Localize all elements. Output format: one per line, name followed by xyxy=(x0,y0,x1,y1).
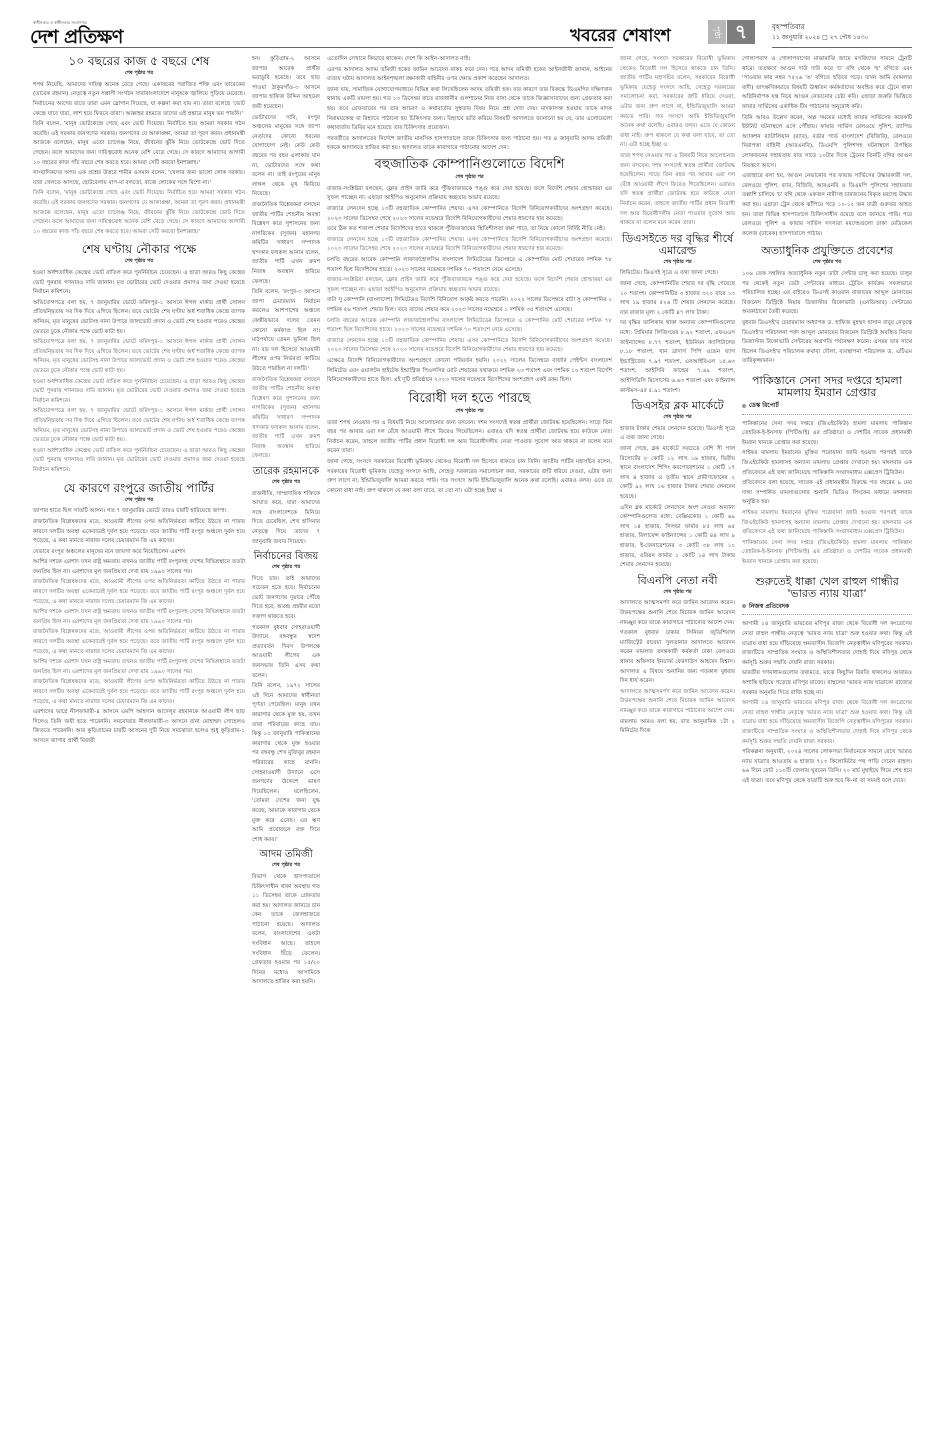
headline: অত্যাধুনিক প্রযুক্তিতে প্রবেশের xyxy=(742,245,912,257)
paragraph: সাইফর মামলায় ইমরানের মুক্তির পরোয়ানা জ… xyxy=(742,509,912,538)
paragraph: জানা গেছে, সংসদে সরকারের বিরোধী ভূমিকায়… xyxy=(620,55,735,151)
headline: ডিএসইর ব্লক মার্কেটে xyxy=(620,400,735,412)
paragraph: এদিন ব্লক মার্কেটে লেনদেনে অংশ নেওয়া অন… xyxy=(620,504,735,571)
paragraph: হাজার টাকার শেয়ার লেনদেন হয়েছে। ডিএসই … xyxy=(620,425,735,444)
paragraph: বাজারে লেনদেন হচ্ছে ১৩টি বহুজাতিক কোম্পা… xyxy=(327,337,612,356)
divider xyxy=(742,614,912,615)
column-4: জানা গেছে, সংসদে সরকারের বিরোধী ভূমিকায়… xyxy=(620,55,735,1385)
paragraph: অভিযোগপত্রে বলা হয়, ৭ জানুয়ারির ভোটে ফ… xyxy=(33,299,245,337)
paragraph: রাজনৈতিক বিশ্লেষকদের মতে, আওয়ামী লীগের … xyxy=(33,628,245,657)
paragraph: দর বৃদ্ধির তালিকায় থাকা অন্যান্য কোম্পা… xyxy=(620,319,735,396)
article-ten-year-work: ১০ বছরের কাজ ৫ বছরে শেষ শেষ পৃষ্ঠার পর শ… xyxy=(33,55,245,237)
page-tag: পৃষ্ঠা xyxy=(708,20,726,44)
paragraph: রাজনৈতিক বিশ্লেষকদের মতে, আওয়ামী লীগের … xyxy=(33,678,245,707)
paragraph: রাজনৈতিক বিশ্লেষকরা বলছেন জাতীয় পার্টির… xyxy=(252,201,320,287)
column-3: এতোদিন সেখানে কিভাবে থাকেন। দেশে কি আইন-… xyxy=(327,55,612,1385)
headline: তারেক রহমানকে xyxy=(252,466,320,477)
paragraph: এরশাদের ভাগ্নে নীলফামারী-৪ আসনে এমপি আহস… xyxy=(33,708,245,746)
headline: আদম তমিজী xyxy=(252,849,320,860)
paragraph: পাকিস্তানের সেনা সদর দপ্তরে (জিএইচকিউ) হ… xyxy=(742,420,912,449)
paragraph: ১০৬ তেক সম্বলিত অত্যাধুনিক নতুন ডাটা সেন… xyxy=(742,270,912,318)
paragraph: দিতে চায়। তাই আমাদের সচেতন হতে হবে। নির… xyxy=(252,575,320,623)
headline: বিএনপি নেতা নবী xyxy=(620,575,735,587)
issue-date: ১১ জানুয়ারি ২০২৪ □ ২৭ পৌষ ১৪৩০ xyxy=(772,32,868,43)
column-5: গোলাপবাগ ও গোলাপবাগের মাঝামাঝি জামে মসজি… xyxy=(742,55,912,1385)
paragraph: তবে ঠিক কত শতাংশ শেয়ার বিদেশিদের হাতে থ… xyxy=(327,225,612,235)
continued-label: শেষ পৃষ্ঠার পর xyxy=(620,413,735,423)
paragraph: পরিকল্পনা অনুযায়ী, ২০২৪ সালের লোকসভা নি… xyxy=(742,748,912,786)
paragraph: এজাহারে বলা হয়, আগুন নেভানোর পর ফায়ার … xyxy=(742,172,912,239)
article-bnp-leader-nabi: বিএনপি নেতা নবী শেষ পৃষ্ঠার পর আদালতে আত… xyxy=(620,575,735,737)
paragraph: শপথ নিয়েছি, আমাদের দায়িত্ব অনেক বেড়ে … xyxy=(33,81,245,119)
masthead-rule xyxy=(33,47,613,48)
headline: যে কারণে রংপুরে জাতীয় পার্টির xyxy=(33,482,245,495)
paragraph: আদালতে আত্মসমর্পণ করে জামিন আবেদন করেন। … xyxy=(620,599,735,628)
article-opposition-party: বিরোধী দল হতে পারছে শেষ পৃষ্ঠার পর তারা … xyxy=(327,392,612,497)
paragraph: যেভাবে রংপুর অঞ্চলের মানুষের মনে জায়গা … xyxy=(33,548,245,558)
article-multinational-foreign: বহুজাতিক কোম্পানিগুলোতে বিদেশি শেষ পৃষ্ঠ… xyxy=(327,158,612,386)
paragraph: ভোটারদের দাবি, রংপুর অঞ্চলের মানুষের সঙ্… xyxy=(252,114,320,200)
headline: নির্বাচনের বিজয় xyxy=(252,551,320,562)
continued-label: শেষ পৃষ্ঠার পর xyxy=(33,496,245,506)
article-election-victory: নির্বাচনের বিজয় শেষ পৃষ্ঠার পর দিতে চায… xyxy=(252,551,320,845)
paragraph: পরবর্তীতে আদালতের নির্দেশে জাতীয় মানসিক… xyxy=(327,135,612,154)
paragraph: চলতি বছরের আরেক কোম্পানি লাফার্জহোলসিম ব… xyxy=(327,317,612,336)
paragraph: বাজারে লেনদেন হচ্ছে ১৩টি বহুজাতিক কোম্পা… xyxy=(327,236,612,255)
headline: বিরোধী দল হতে পারছে xyxy=(327,392,612,406)
paragraph: জানা গেছে, সংসদে সরকারের বিরোধী ভূমিকায়… xyxy=(327,458,612,496)
paragraph: এতোদিন সেখানে কিভাবে থাকেন। দেশে কি আইন-… xyxy=(327,55,612,65)
article-last-hour-boat: শেষ ঘণ্টায় নৌকার পক্ষে শেষ পৃষ্ঠার পর হ… xyxy=(33,243,245,475)
paragraph: বিভাগ থেকে হাসপাতালে চিকিৎসাধীন থাকা অবস… xyxy=(252,873,320,988)
paragraph: তারা শপথ নেওয়ার পর এ বিষয়টি নিয়ে আলোচ… xyxy=(620,152,735,229)
continued-label: শেষ পৃষ্ঠার পর xyxy=(327,173,612,183)
paragraph: আদালতে আত্মসমর্পণ করে জামিন আবেদন করেন। … xyxy=(620,688,735,717)
paragraph: গতকাল বুধবার সোহরাওয়ার্দী উদ্যানে বঙ্গব… xyxy=(252,624,320,682)
paragraph: হওয়া অর্ধশতাধিক কেন্দ্রের ভোট বাতিল করে… xyxy=(33,269,245,298)
article-dse-block-market: ডিএসইর ব্লক মার্কেটে শেষ পৃষ্ঠার পর হাজা… xyxy=(620,400,735,571)
paragraph: অভিযোগপত্রে বলা হয়, ৭ জানুয়ারির ভোটে ফ… xyxy=(33,407,245,445)
paragraph: হওয়া অর্ধশতাধিক কেন্দ্রের ভোট বাতিল করে… xyxy=(33,447,245,476)
paragraph: আশির দশকে এরশাদ যখন রাষ্ট্র ক্ষমতায় তখন… xyxy=(33,658,245,677)
continued-label: শেষ পৃষ্ঠার পর xyxy=(252,861,320,871)
continued-label: শেষ পৃষ্ঠার পর xyxy=(620,258,735,268)
paragraph: বাটা সু কোম্পানি (বাংলাদেশ) লিমিটেডও বিদ… xyxy=(327,296,612,315)
paragraph: বুধবার ডিএসই'র চেয়ারম্যান অধ্যাপক ড. হা… xyxy=(742,319,912,367)
paragraph: জানা গেছে, ব্লক মার্কেটে সবচেয়ে বেশি সী… xyxy=(620,445,735,503)
byline-text: ডেস্ক রিপোর্ট xyxy=(749,402,779,409)
continued-label: শেষ পৃষ্ঠার পর xyxy=(33,257,245,267)
paragraph: বাজার-সংশ্লিষ্টরা বলছেন, ফ্লোর প্রাইস জা… xyxy=(327,185,612,204)
article-advanced-tech: অত্যাধুনিক প্রযুক্তিতে প্রবেশের শেষ পৃষ্… xyxy=(742,245,912,367)
paragraph: তিনি বলেন, 'মানুষ ভোটকেন্দ্রে গেছে এবং ভ… xyxy=(33,189,245,237)
paragraph: প্রতিবেদনে বলা হয়েছে, সাবেক এই প্রধানমন… xyxy=(742,479,912,508)
column-1: ১০ বছরের কাজ ৫ বছরে শেষ শেষ পৃষ্ঠার পর শ… xyxy=(33,55,245,1385)
byline: নিজস্ব প্রতিবেদক xyxy=(742,602,912,612)
paragraph: তিনি বলেন, 'মানুষ ভোটকেন্দ্রে গেছে এবং ভ… xyxy=(33,120,245,168)
paragraph: জাপার হাতে ছিল সাতটি আসন। গত ৭ জানুয়ারি… xyxy=(33,507,245,517)
byline-text: নিজস্ব প্রতিবেদক xyxy=(749,603,789,610)
paragraph: রাজনৈতিক বিশ্লেষকদের মতে, আওয়ামী লীগের … xyxy=(33,578,245,607)
continued-label: শেষ পৃষ্ঠার পর xyxy=(620,588,735,598)
article-jatiya-party-rangpur: যে কারণে রংপুরে জাতীয় পার্টির শেষ পৃষ্ঠ… xyxy=(33,482,245,747)
paragraph: আগামী ১৪ জানুয়ারি ভারতের মণিপুর রাজ্য থ… xyxy=(742,620,912,668)
paragraph: জানা গেছে, কোম্পানিটির শেয়ার দর বৃদ্ধি … xyxy=(620,280,735,318)
paragraph: রাজনৈতিক বিশ্লেষকদের মতে, আওয়ামী লীগের … xyxy=(33,518,245,547)
paragraph: আশির দশকে এরশাদ যখন রাষ্ট্র ক্ষমতায় তখন… xyxy=(33,558,245,577)
paragraph: এক্ষেত্রে বিদেশি বিনিয়োগকারীদের অংশগ্রহ… xyxy=(327,357,612,386)
paragraph: জানা যায়, সামাজিক যোগাযোগমাধ্যমে বিভিন্… xyxy=(327,86,612,134)
masthead: স্বাধীনতার ও স্বাধীনতার সংবাদপত্র দেশ প্… xyxy=(30,20,915,44)
headline: শেষ ঘণ্টায় নৌকার পক্ষে xyxy=(33,243,245,256)
byline: ডেস্ক রিপোর্ট xyxy=(742,401,912,411)
article-dse-emerald: ডিএসইতে দর বৃদ্ধির শীর্ষে এমারেল্ড শেষ প… xyxy=(620,233,735,397)
paragraph: রাজনৈতিক বিশ্লেষকরা বলছেন জাতীয় পার্টির… xyxy=(252,376,320,462)
paragraph: গতকাল বুধবার ঢাকার সিনিয়র জুডিশিয়াল ম্… xyxy=(620,629,735,687)
bullet-icon xyxy=(742,404,746,408)
paragraph: আশির দশকে এরশাদ যখন রাষ্ট্র ক্ষমতায় তখন… xyxy=(33,608,245,627)
bullet-icon xyxy=(742,604,746,608)
paragraph: বাজার-সংশ্লিষ্টরা বলছেন, ফ্লোর প্রাইস জা… xyxy=(327,276,612,295)
continued-label: শেষ পৃষ্ঠার পর xyxy=(327,407,612,417)
headline: ১০ বছরের কাজ ৫ বছরে শেষ xyxy=(33,55,245,68)
paragraph: গোলাপবাগ ও গোলাপবাগের মাঝামাঝি জামে মসজি… xyxy=(742,55,912,113)
paragraph: এরপর আদালত আদম তমিজী হকের জামিন আবেদন না… xyxy=(327,66,612,85)
paragraph: তারা শপথ নেওয়ার পর এ বিষয়টি নিয়ে আলোচ… xyxy=(327,419,612,457)
article-adam-tamizi: আদম তমিজী শেষ পৃষ্ঠার পর বিভাগ থেকে হাসপ… xyxy=(252,849,320,988)
paragraph: চলতি বছরের আরেক কোম্পানি লাফার্জহোলসিম ব… xyxy=(327,256,612,275)
paragraph: আগামী ১৪ জানুয়ারি ভারতের মণিপুর রাজ্য থ… xyxy=(742,699,912,747)
headline: শুরুতেই ধাক্কা খেল রাহুল গান্ধীর 'ভারত ন… xyxy=(742,576,912,600)
headline: ডিএসইতে দর বৃদ্ধির শীর্ষে এমারেল্ড xyxy=(620,233,735,257)
article-pakistan-imran: পাকিস্তানে সেনা সদর দপ্তরে হামলা মামলায়… xyxy=(742,375,912,568)
paragraph: তিনি বলেন, 'রংপুর-৩ আসনে জাপা চেয়ারম্যা… xyxy=(252,288,320,374)
article-rahul-gandhi: শুরুতেই ধাক্কা খেল রাহুল গান্ধীর 'ভারত ন… xyxy=(742,576,912,787)
newspaper-logo: দেশ প্রতিক্ষণ xyxy=(30,23,123,55)
paragraph: লিমিটেড। ডিএসই সূত্রে এ তথ্য জানা গেছে। xyxy=(620,269,735,279)
headline: বহুজাতিক কোম্পানিগুলোতে বিদেশি xyxy=(327,158,612,172)
paragraph: মামলায় আরও বলা হয়, রাত আনুমানিক ১টা ২ … xyxy=(620,718,735,737)
paragraph: পাকিস্তানের সেনা সদর দপ্তরে (জিএইচকিউ) হ… xyxy=(742,539,912,568)
masthead-rule xyxy=(772,47,912,48)
paragraph: হন। কুড়িগ্রাম-২ আসনে জাপার আরেক প্রার্থ… xyxy=(252,55,320,113)
paragraph: তিনি আরও উল্লেখ করেন, অল্প সময়ের মধ্যেই… xyxy=(742,114,912,172)
continued-label: শেষ পৃষ্ঠার পর xyxy=(33,69,245,79)
paragraph: অভিযোগপত্রে বলা হয়, ৭ জানুয়ারির ভোটে ফ… xyxy=(33,338,245,376)
column-2: হন। কুড়িগ্রাম-২ আসনে জাপার আরেক প্রার্থ… xyxy=(252,55,320,1385)
continued-label: শেষ পৃষ্ঠার পর xyxy=(252,478,320,488)
paragraph: রাজনীতি, সাম্প্রদায়িক শক্তিকে আঘাত করে,… xyxy=(252,490,320,548)
paragraph: সাংবাদিকদের অপর এক প্রশ্নের উত্তরে শামীম… xyxy=(33,169,245,188)
article-tarek-rahman: তারেক রহমানকে শেষ পৃষ্ঠার পর রাজনীতি, সা… xyxy=(252,466,320,547)
continued-label: শেষ পৃষ্ঠার পর xyxy=(742,258,912,268)
continued-label: শেষ পৃষ্ঠার পর xyxy=(252,563,320,573)
paragraph: তিনি বলেন, ১৯৭২ সালের এই দিনে আমাদের স্ব… xyxy=(252,682,320,845)
divider xyxy=(742,414,912,415)
paragraph: ভারতীয় গণমাধ্যমগুলোর তথ্যমতে, মাঝে কিছু… xyxy=(742,669,912,698)
paragraph: সাইফর মামলায় ইমরানের মুক্তির পরোয়ানা জ… xyxy=(742,449,912,478)
page-number: ৭ xyxy=(727,20,755,44)
headline: পাকিস্তানে সেনা সদর দপ্তরে হামলা মামলায়… xyxy=(742,375,912,399)
paragraph: হওয়া অর্ধশতাধিক কেন্দ্রের ভোট বাতিল করে… xyxy=(33,378,245,407)
paragraph: বাজারে লেনদেন হচ্ছে ১৩টি বহুজাতিক কোম্পা… xyxy=(327,205,612,224)
